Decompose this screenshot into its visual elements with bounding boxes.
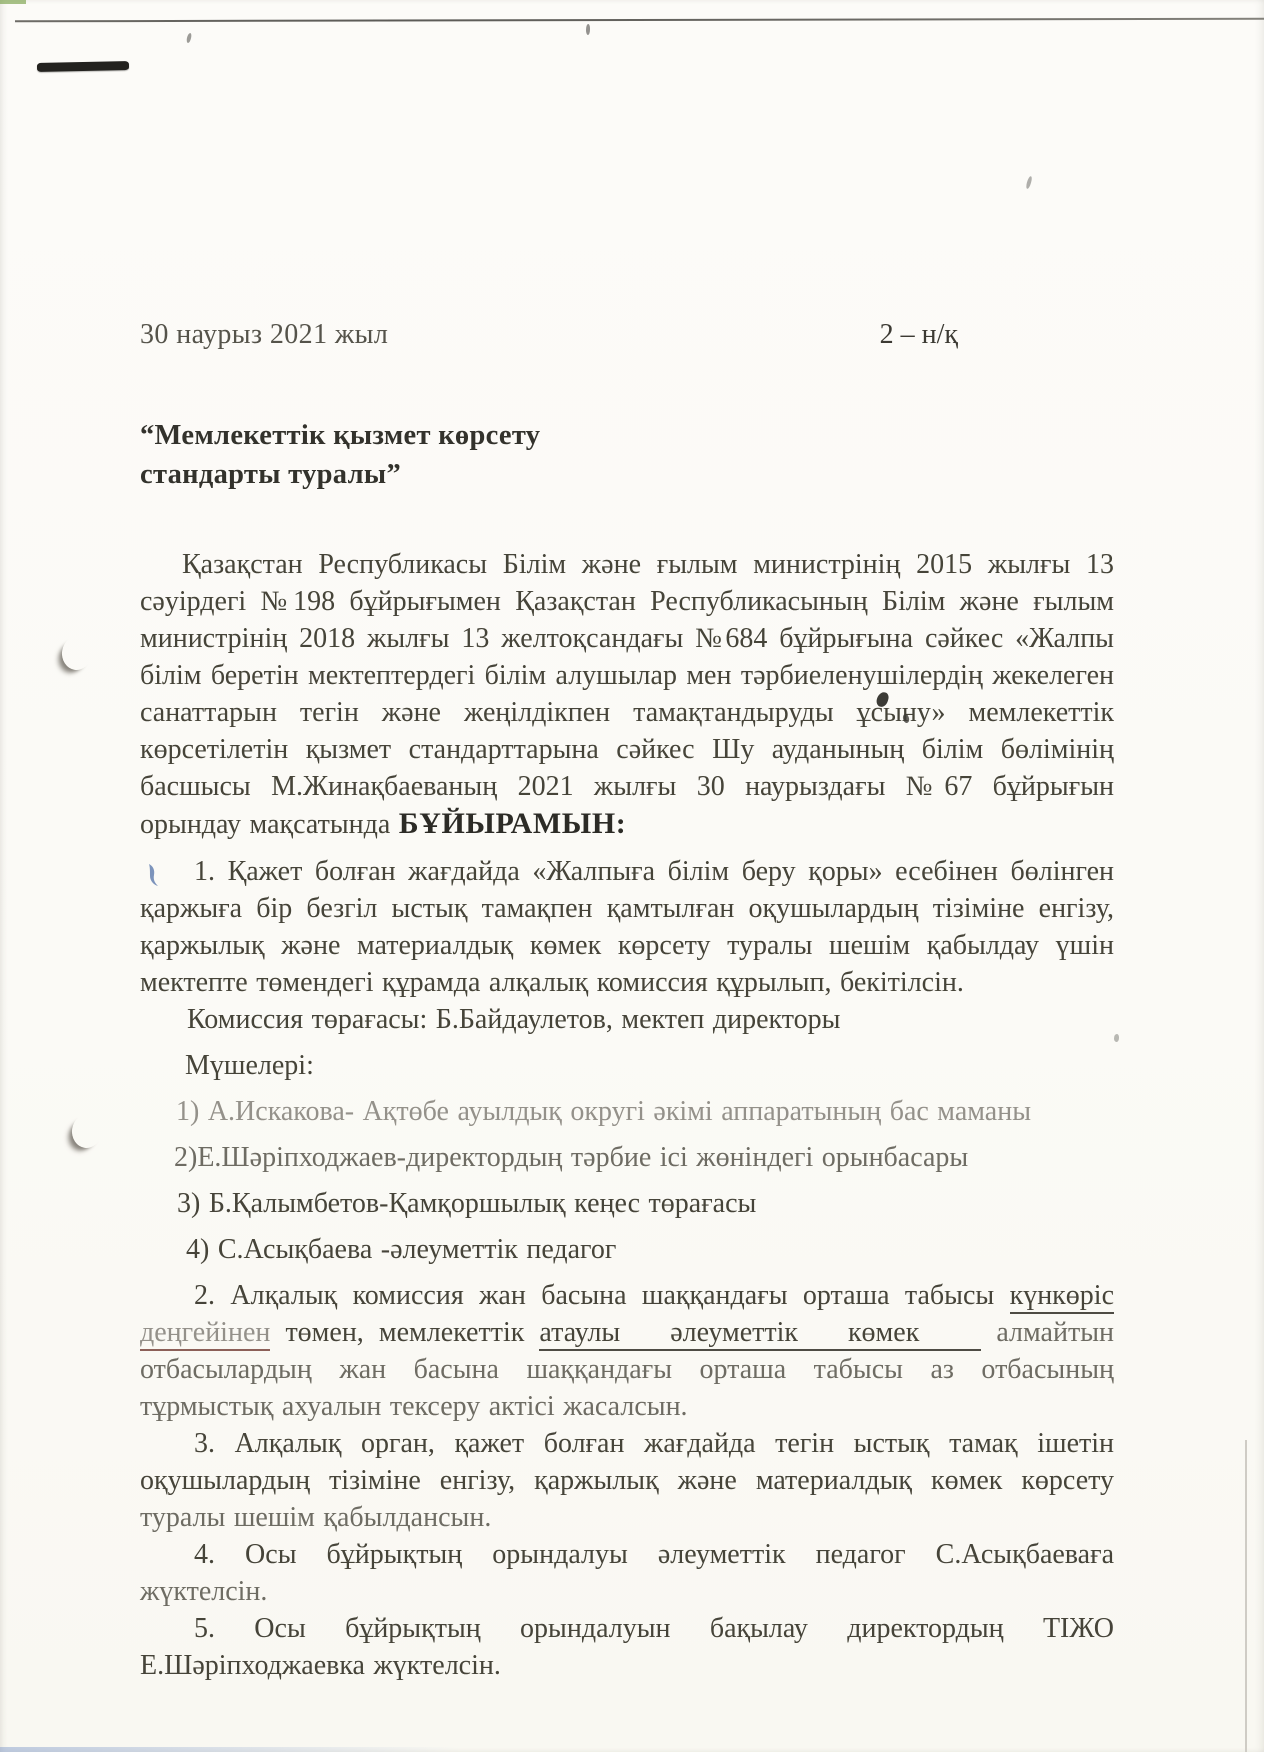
order-item-5: 5. Осы бұйрықтың орындалуын бақылау дире…: [140, 1610, 1114, 1684]
item3-text-faded: туралы шешім қабылдансын.: [140, 1502, 491, 1533]
hole-punch-shadow: [60, 634, 94, 672]
item4-text: 4. Осы бұйрықтың орындалуы әлеуметтік пе…: [194, 1539, 1114, 1570]
decree-word: БҰЙЫРАМЫН:: [399, 807, 627, 840]
blue-ink-mark-icon: [146, 862, 162, 888]
order-item-3: 3. Алқалық орган, қажет болған жағдайда …: [140, 1425, 1114, 1536]
item2-text: төмен, мемлекеттік: [270, 1317, 539, 1348]
document-body: Қазақстан Республикасы Білім және ғылым …: [140, 546, 1114, 1684]
underlined-phrase-2: деңгейінен: [140, 1317, 270, 1351]
document-date: 30 наурыз 2021 жыл: [140, 318, 388, 352]
item2-text: 2. Алқалық комиссия жан басына шаққандағ…: [194, 1280, 1010, 1311]
member-item-3: 3) Б.Қалымбетов-Қамқоршылық кеңес төраға…: [140, 1185, 1114, 1222]
document-title: “Мемлекеттік қызмет көрсету стандарты ту…: [140, 416, 1264, 494]
paragraph-intro: Қазақстан Республикасы Білім және ғылым …: [140, 546, 1114, 843]
scan-bottom-smear: [0, 1747, 460, 1752]
document-title-line1: “Мемлекеттік қызмет көрсету: [140, 416, 1264, 455]
order-item-1: 1. Қажет болған жағдайда «Жалпыға білім …: [140, 853, 1114, 1001]
copy-number: 2 – н/қ: [880, 318, 958, 352]
underlined-phrase-1: күнкөріс: [1010, 1280, 1114, 1314]
scan-vertical-line: [1245, 1440, 1247, 1752]
member-item-1: 1) А.Искакова- Ақтөбе ауылдық округі әкі…: [140, 1093, 1114, 1130]
member-item-2: 2)Е.Шәріпходжаев-директордың тәрбие ісі …: [140, 1139, 1114, 1176]
document-header: 30 наурыз 2021 жыл 2 – н/қ: [0, 0, 1264, 352]
scan-speck: [586, 24, 590, 35]
intro-text: Қазақстан Республикасы Білім және ғылым …: [140, 549, 1114, 840]
members-label: Мүшелері:: [140, 1047, 1114, 1084]
document-title-line2: стандарты туралы”: [140, 455, 1264, 494]
order-item-4: 4. Осы бұйрықтың орындалуы әлеуметтік пе…: [140, 1536, 1114, 1610]
black-mark-bar: [37, 61, 129, 72]
scan-speck: [1114, 1034, 1119, 1042]
hole-punch-shadow: [70, 1112, 104, 1150]
member-item-4: 4) С.Асықбаева -әлеуметтік педагог: [140, 1231, 1114, 1268]
document-page: 30 наурыз 2021 жыл 2 – н/қ “Мемлекеттік …: [0, 0, 1264, 1752]
underlined-phrase-3: атаулы әлеуметтік көмек: [539, 1317, 981, 1351]
commission-chair-line: Комиссия төрағасы: Б.Байдаулетов, мектеп…: [140, 1001, 1114, 1038]
item3-text: 3. Алқалық орган, қажет болған жағдайда …: [140, 1428, 1114, 1496]
order-item-2: 2. Алқалық комиссия жан басына шаққандағ…: [140, 1277, 1114, 1425]
scan-edge-artifact: [0, 0, 26, 4]
item4-text-faded: жүктелсін.: [140, 1576, 267, 1607]
